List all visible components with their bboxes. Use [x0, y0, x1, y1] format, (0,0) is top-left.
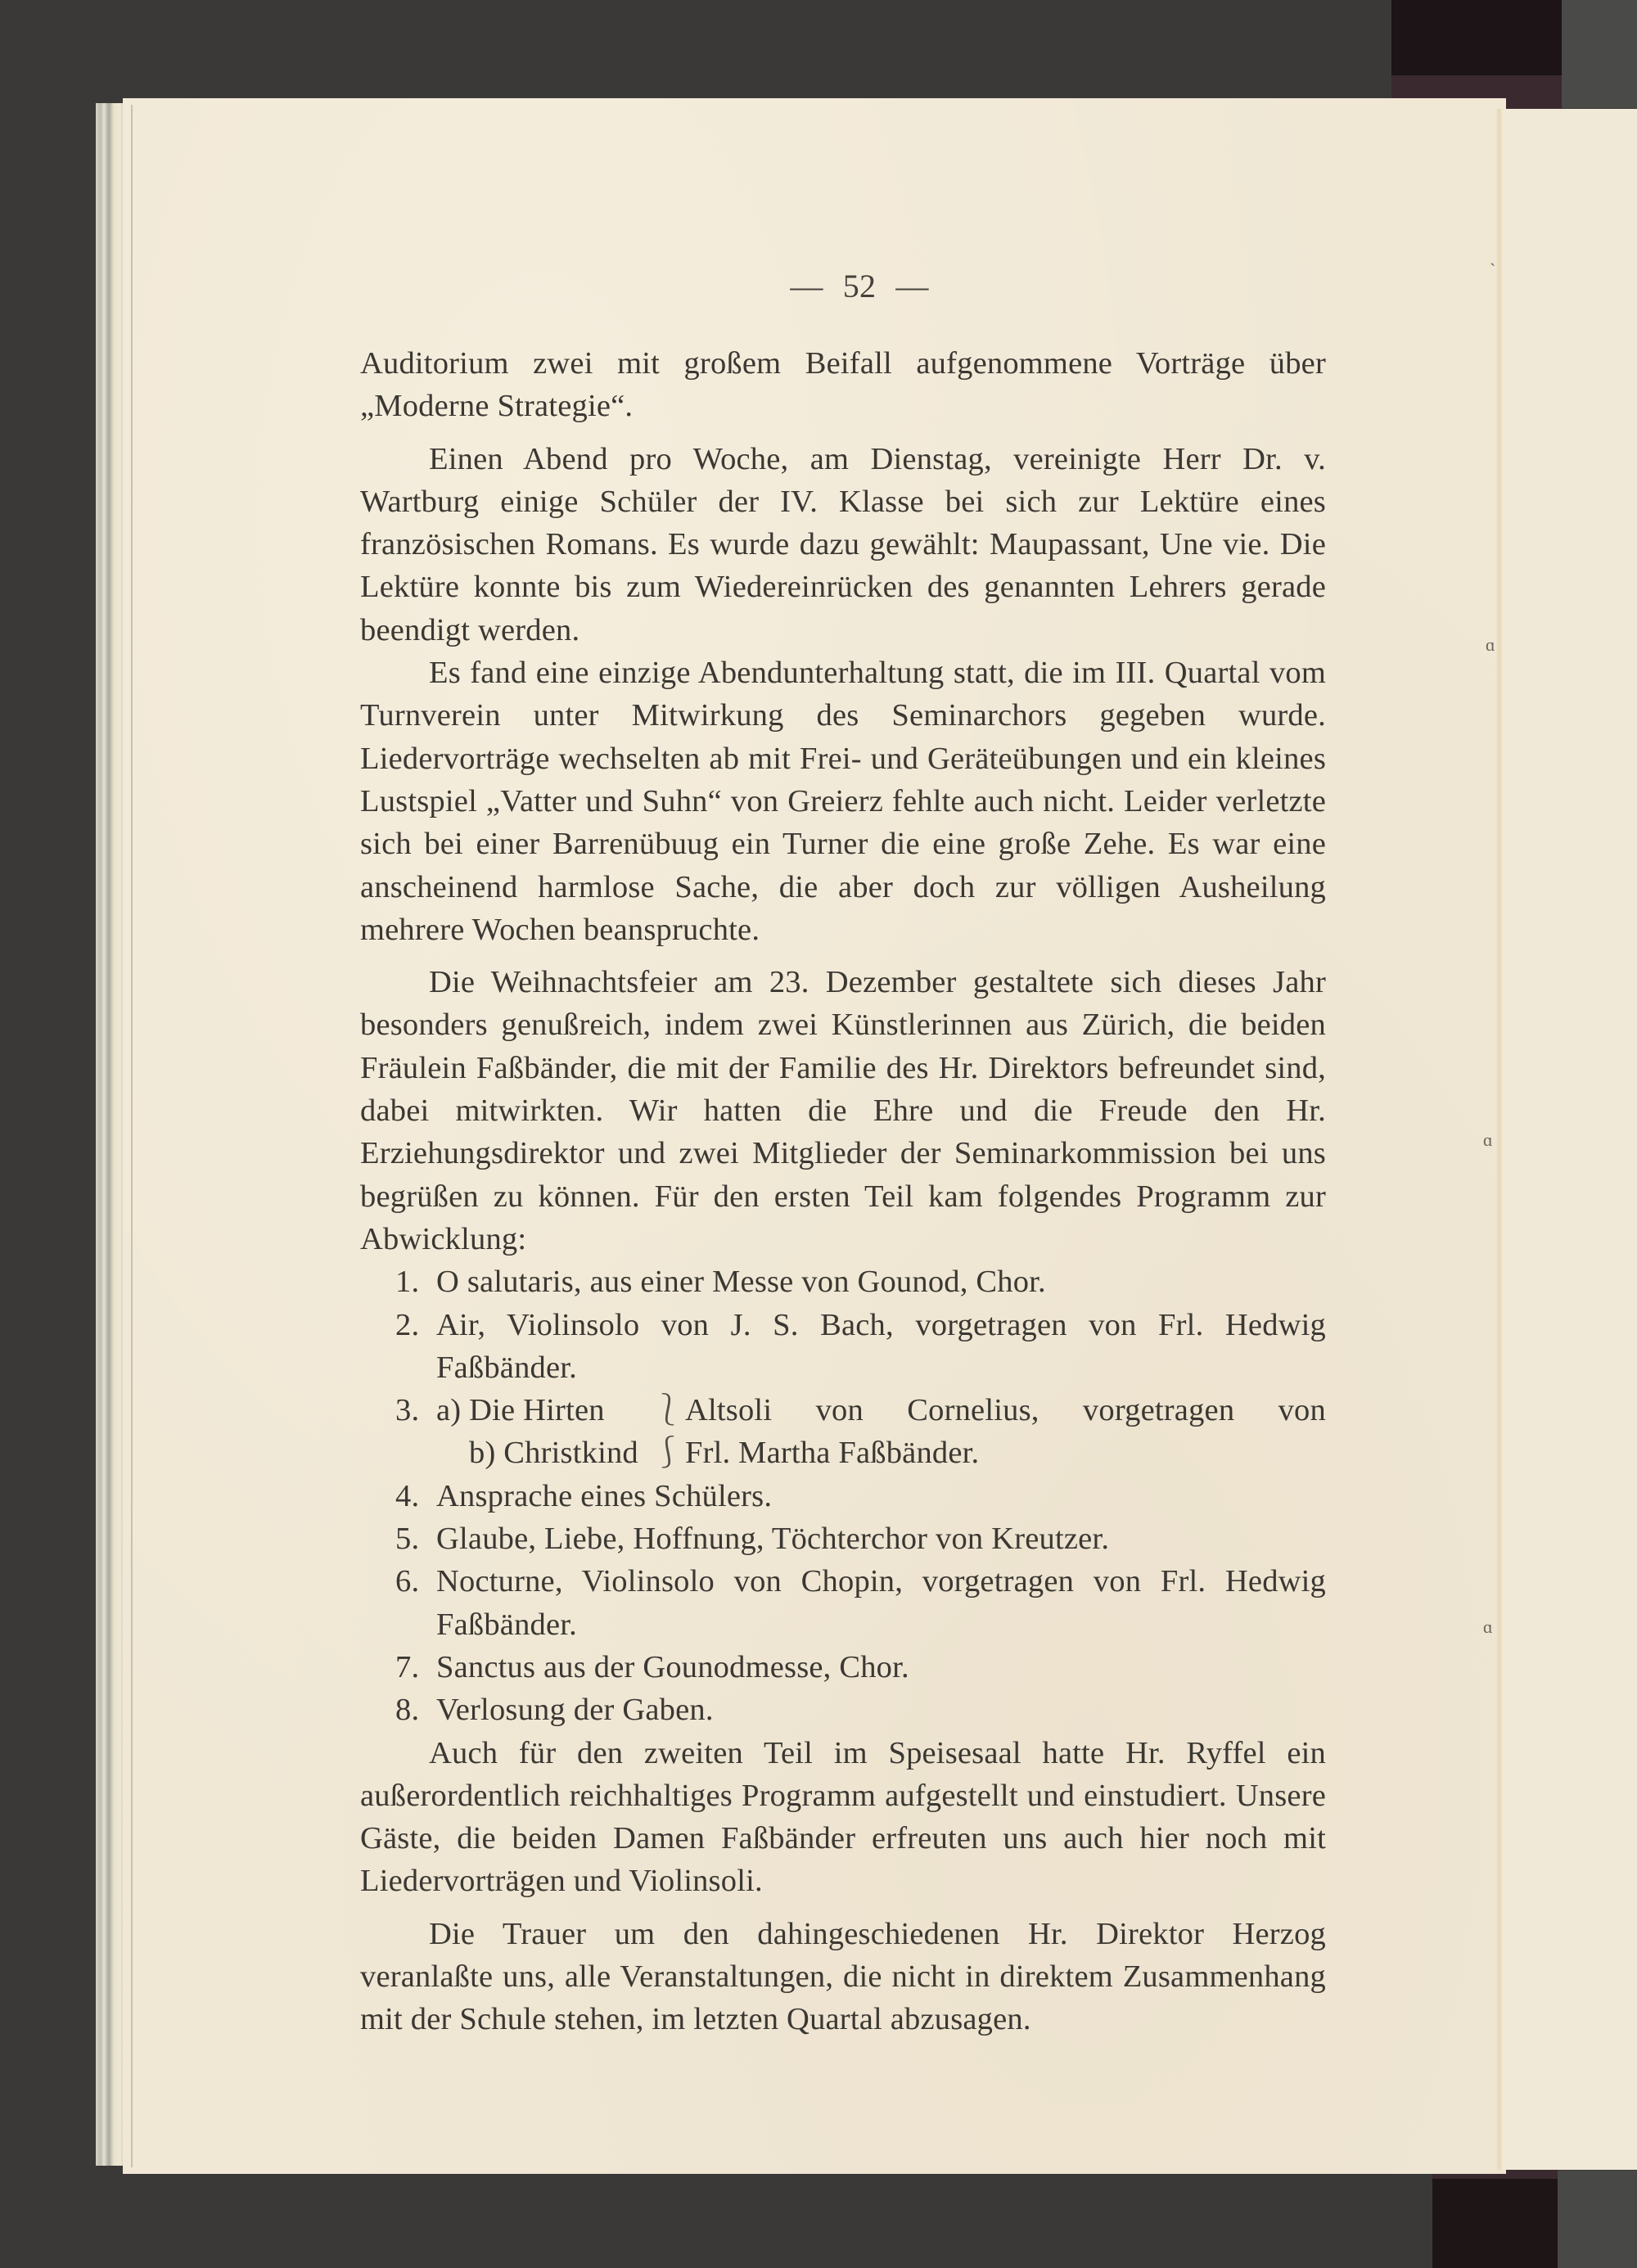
paragraph-second-part: Auch für den zweiten Teil im Speisesaal …	[360, 1732, 1326, 1903]
programme-item: 6. Nocturne, Violinsolo von Chopin, vorg…	[360, 1560, 1326, 1646]
sub-item-a: a) Die Hirten	[436, 1389, 652, 1432]
item-text: O salutaris, aus einer Messe von Gounod,…	[436, 1265, 1046, 1299]
programme-list: 1. O salutaris, aus einer Messe von Goun…	[360, 1260, 1326, 1731]
margin-mark: ɑ	[1486, 634, 1495, 656]
item-number: 3.	[395, 1389, 419, 1432]
book-gutter	[1496, 109, 1503, 2170]
word: Cornelius,	[907, 1389, 1039, 1432]
page-edge-line	[131, 105, 133, 2167]
item-number: 6.	[395, 1560, 419, 1603]
sub-item-description-line2: Frl. Martha Faßbänder.	[685, 1432, 1326, 1474]
programme-item: 4. Ansprache eines Schülers.	[360, 1475, 1326, 1517]
paragraph-mourning: Die Trauer um den dahingeschiedenen Hr. …	[360, 1913, 1326, 2041]
sub-item-description-line1: Altsoli von Cornelius, vorgetragen von	[685, 1389, 1326, 1432]
book-cover-bottom	[1432, 2169, 1559, 2268]
programme-item: 7. Sanctus aus der Gounodmesse, Chor.	[360, 1646, 1326, 1689]
facing-page-edge	[1503, 109, 1637, 2170]
sub-item-b: b) Christkind	[436, 1432, 652, 1474]
word: vorgetragen	[1083, 1389, 1234, 1432]
word: von	[1278, 1389, 1326, 1432]
item-text: Sanctus aus der Gounodmesse, Chor.	[436, 1650, 909, 1684]
scan-background-top-right	[1562, 0, 1637, 108]
item-text: Air, Violinsolo von J. S. Bach, vorgetra…	[436, 1308, 1326, 1385]
paragraph-continuation: Auditorium zwei mit großem Beifall aufge…	[360, 342, 1326, 428]
brace-bottom-icon: ⎰	[652, 1432, 685, 1474]
page-content: — 52 — Auditorium zwei mit großem Beifal…	[360, 262, 1326, 2041]
margin-mark: ɑ	[1483, 1616, 1493, 1638]
programme-item: 8. Verlosung der Gaben.	[360, 1689, 1326, 1731]
item-number: 1.	[395, 1260, 419, 1303]
item-number: 7.	[395, 1646, 419, 1689]
programme-sub-items: a) Die Hirten ⎱ Altsoli von Cornelius, v…	[436, 1389, 1326, 1475]
programme-item: 2. Air, Violinsolo von J. S. Bach, vorge…	[360, 1304, 1326, 1390]
margin-mark: ɑ	[1483, 1129, 1493, 1151]
item-number: 5.	[395, 1517, 419, 1560]
margin-mark: ˎ	[1490, 246, 1495, 267]
paragraph-christmas-celebration: Die Weihnachtsfeier am 23. Dezember gest…	[360, 961, 1326, 1260]
item-text: Ansprache eines Schülers.	[436, 1479, 772, 1513]
item-number: 4.	[395, 1475, 419, 1517]
item-number: 2.	[395, 1304, 419, 1346]
word: Altsoli	[685, 1389, 772, 1432]
item-text: Glaube, Liebe, Hoffnung, Töchterchor von…	[436, 1522, 1109, 1556]
scan-background-bottom-right	[1558, 2171, 1637, 2268]
brace-top-icon: ⎱	[652, 1389, 685, 1432]
item-text: Nocturne, Violinsolo von Chopin, vorgetr…	[436, 1564, 1326, 1641]
word: von	[816, 1389, 864, 1432]
programme-item: 1. O salutaris, aus einer Messe von Goun…	[360, 1260, 1326, 1303]
paragraph-reading-group: Einen Abend pro Woche, am Dienstag, vere…	[360, 438, 1326, 652]
programme-item: 5. Glaube, Liebe, Hoffnung, Töchterchor …	[360, 1517, 1326, 1560]
page-number: — 52 —	[360, 262, 1326, 311]
item-text: Verlosung der Gaben.	[436, 1693, 714, 1727]
programme-item: 3. a) Die Hirten ⎱ Altsoli von Cornelius…	[360, 1389, 1326, 1475]
paragraph-evening-entertainment: Es fand eine einzige Abendunterhaltung s…	[360, 652, 1326, 951]
item-number: 8.	[395, 1689, 419, 1731]
